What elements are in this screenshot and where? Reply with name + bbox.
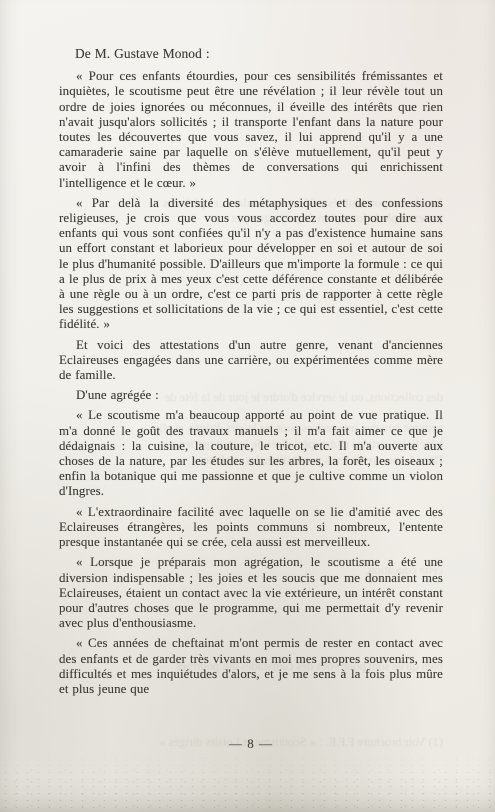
scanned-book-page: lieu des responsabilités ; d'économiser … — [0, 0, 495, 812]
paper-texture — [0, 748, 495, 812]
paragraph-source-agregee: D'une agrégée : — [59, 388, 443, 403]
paragraph-narration-attestations: Et voici des attestations d'un autre gen… — [59, 338, 443, 384]
paragraph-quote-agregee-2: « L'extraordinaire facilité avec laquell… — [59, 505, 443, 551]
paragraph-quote-monod-2: « Par delà la diversité des métaphysique… — [59, 196, 443, 333]
page-text-block: De M. Gustave Monod : « Pour ces enfants… — [59, 46, 443, 702]
paragraph-quote-monod-1: « Pour ces enfants étourdies, pour ces s… — [59, 69, 443, 191]
attribution-heading: De M. Gustave Monod : — [59, 46, 443, 61]
paragraph-quote-agregee-1: « Le scoutisme m'a beaucoup apporté au p… — [59, 408, 443, 499]
paragraph-quote-agregee-3: « Lorsque je préparais mon agrégation, l… — [59, 555, 443, 631]
paragraph-quote-agregee-4: « Ces années de cheftainat m'ont permis … — [59, 636, 443, 697]
